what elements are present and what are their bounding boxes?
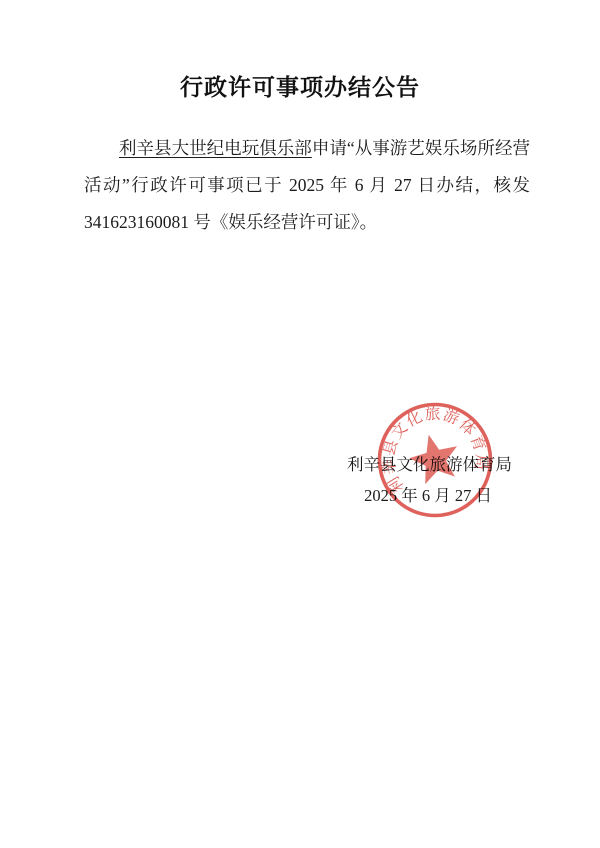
document-page: 行政许可事项办结公告 利辛县大世纪电玩俱乐部申请“从事游艺娱乐场所经营 活动”行…: [0, 0, 600, 848]
body-line-3-text: 341623160081 号《娱乐经营许可证》。: [84, 212, 377, 232]
body-line-1-text: 申请“从事游艺娱乐场所经营: [312, 138, 530, 158]
applicant-name-underlined: 利辛县大世纪电玩俱乐部: [119, 138, 312, 158]
body-line-1: 利辛县大世纪电玩俱乐部申请“从事游艺娱乐场所经营: [84, 130, 530, 167]
document-body: 利辛县大世纪电玩俱乐部申请“从事游艺娱乐场所经营 活动”行政许可事项已于 202…: [84, 130, 530, 241]
body-line-2-text: 活动”行政许可事项已于 2025 年 6 月 27 日办结，核发: [84, 175, 530, 195]
signature-block: 利辛县文化旅游体育局 2025 年 6 月 27 日: [347, 449, 509, 511]
body-line-3: 341623160081 号《娱乐经营许可证》。: [84, 204, 530, 241]
signature-agency: 利辛县文化旅游体育局: [347, 449, 509, 480]
body-line-2: 活动”行政许可事项已于 2025 年 6 月 27 日办结，核发: [84, 167, 530, 204]
document-title: 行政许可事项办结公告: [0, 69, 600, 102]
signature-date: 2025 年 6 月 27 日: [347, 480, 509, 511]
